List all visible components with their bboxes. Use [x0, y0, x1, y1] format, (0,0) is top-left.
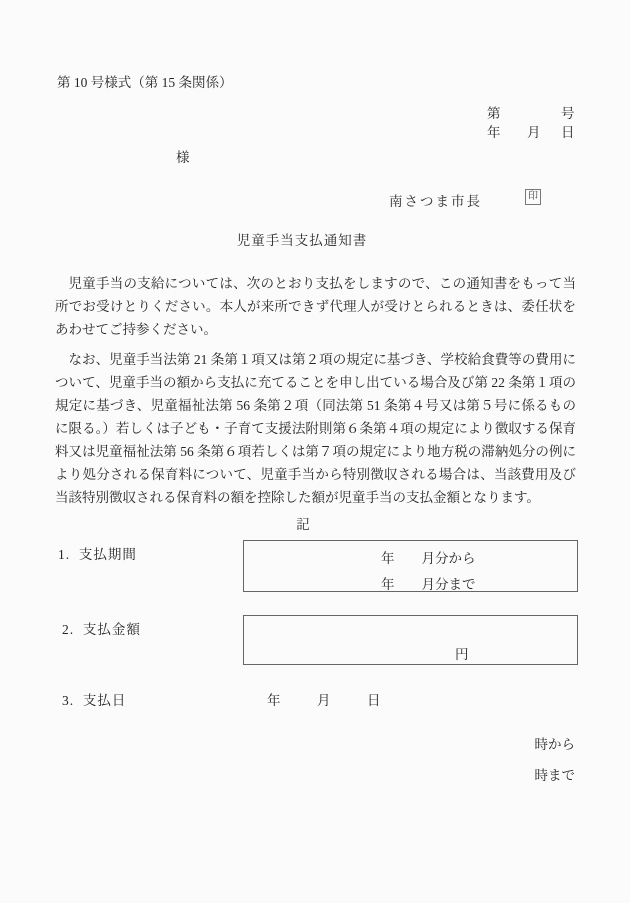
time-from-label: 時から [535, 733, 576, 753]
form-number: 第 10 号様式（第 15 条関係） [57, 71, 233, 91]
payment-amount-yen-label: 円 [455, 643, 469, 663]
issue-date-year-label: 年 [487, 121, 501, 141]
document-title: 児童手当支払通知書 [0, 229, 604, 249]
child-allowance-payment-notice-document: 第 10 号様式（第 15 条関係） 第 号 年 月 日 様 南さつま市長 印 … [0, 0, 630, 903]
payment-period-from-label: 年 月分から [381, 547, 476, 567]
payment-date-year-label: 年 [267, 689, 281, 709]
payment-period-field-box: 年 月分から 年 月分まで [243, 540, 578, 592]
item-2-payment-amount-label: 2. 支払金額 [62, 618, 141, 638]
issue-date-month-label: 月 [527, 121, 541, 141]
item-1-number: 1. [58, 547, 70, 562]
time-to-label: 時まで [535, 764, 576, 784]
payment-period-to-label: 年 月分まで [381, 573, 476, 593]
document-number-prefix: 第 [487, 102, 501, 122]
item-1-payment-period-label: 1. 支払期間 [58, 543, 137, 563]
item-3-number: 3. [62, 693, 74, 708]
payment-date-month-label: 月 [317, 689, 331, 709]
seal-mark: 印 [525, 189, 541, 205]
item-1-label-text: 支払期間 [79, 547, 137, 562]
item-3-label-text: 支払日 [83, 693, 127, 708]
payment-amount-field-box: 円 [243, 615, 578, 665]
payment-date-day-label: 日 [367, 689, 381, 709]
addressee-honorific: 様 [176, 146, 190, 166]
item-2-number: 2. [62, 622, 74, 637]
sender-name: 南さつま市長 [389, 190, 482, 210]
notice-marker: 記 [0, 513, 606, 533]
issue-date-day-label: 日 [561, 121, 575, 141]
item-3-payment-date-label: 3. 支払日 [62, 689, 126, 709]
body-paragraph-1: 児童手当の支給については、次のとおり支払をしますので、この通知書をもって当所でお… [55, 272, 576, 341]
body-paragraph-2: なお、児童手当法第 21 条第１項又は第２項の規定に基づき、学校給食費等の費用に… [55, 348, 576, 509]
item-2-label-text: 支払金額 [83, 622, 141, 637]
document-number-suffix: 号 [561, 102, 575, 122]
